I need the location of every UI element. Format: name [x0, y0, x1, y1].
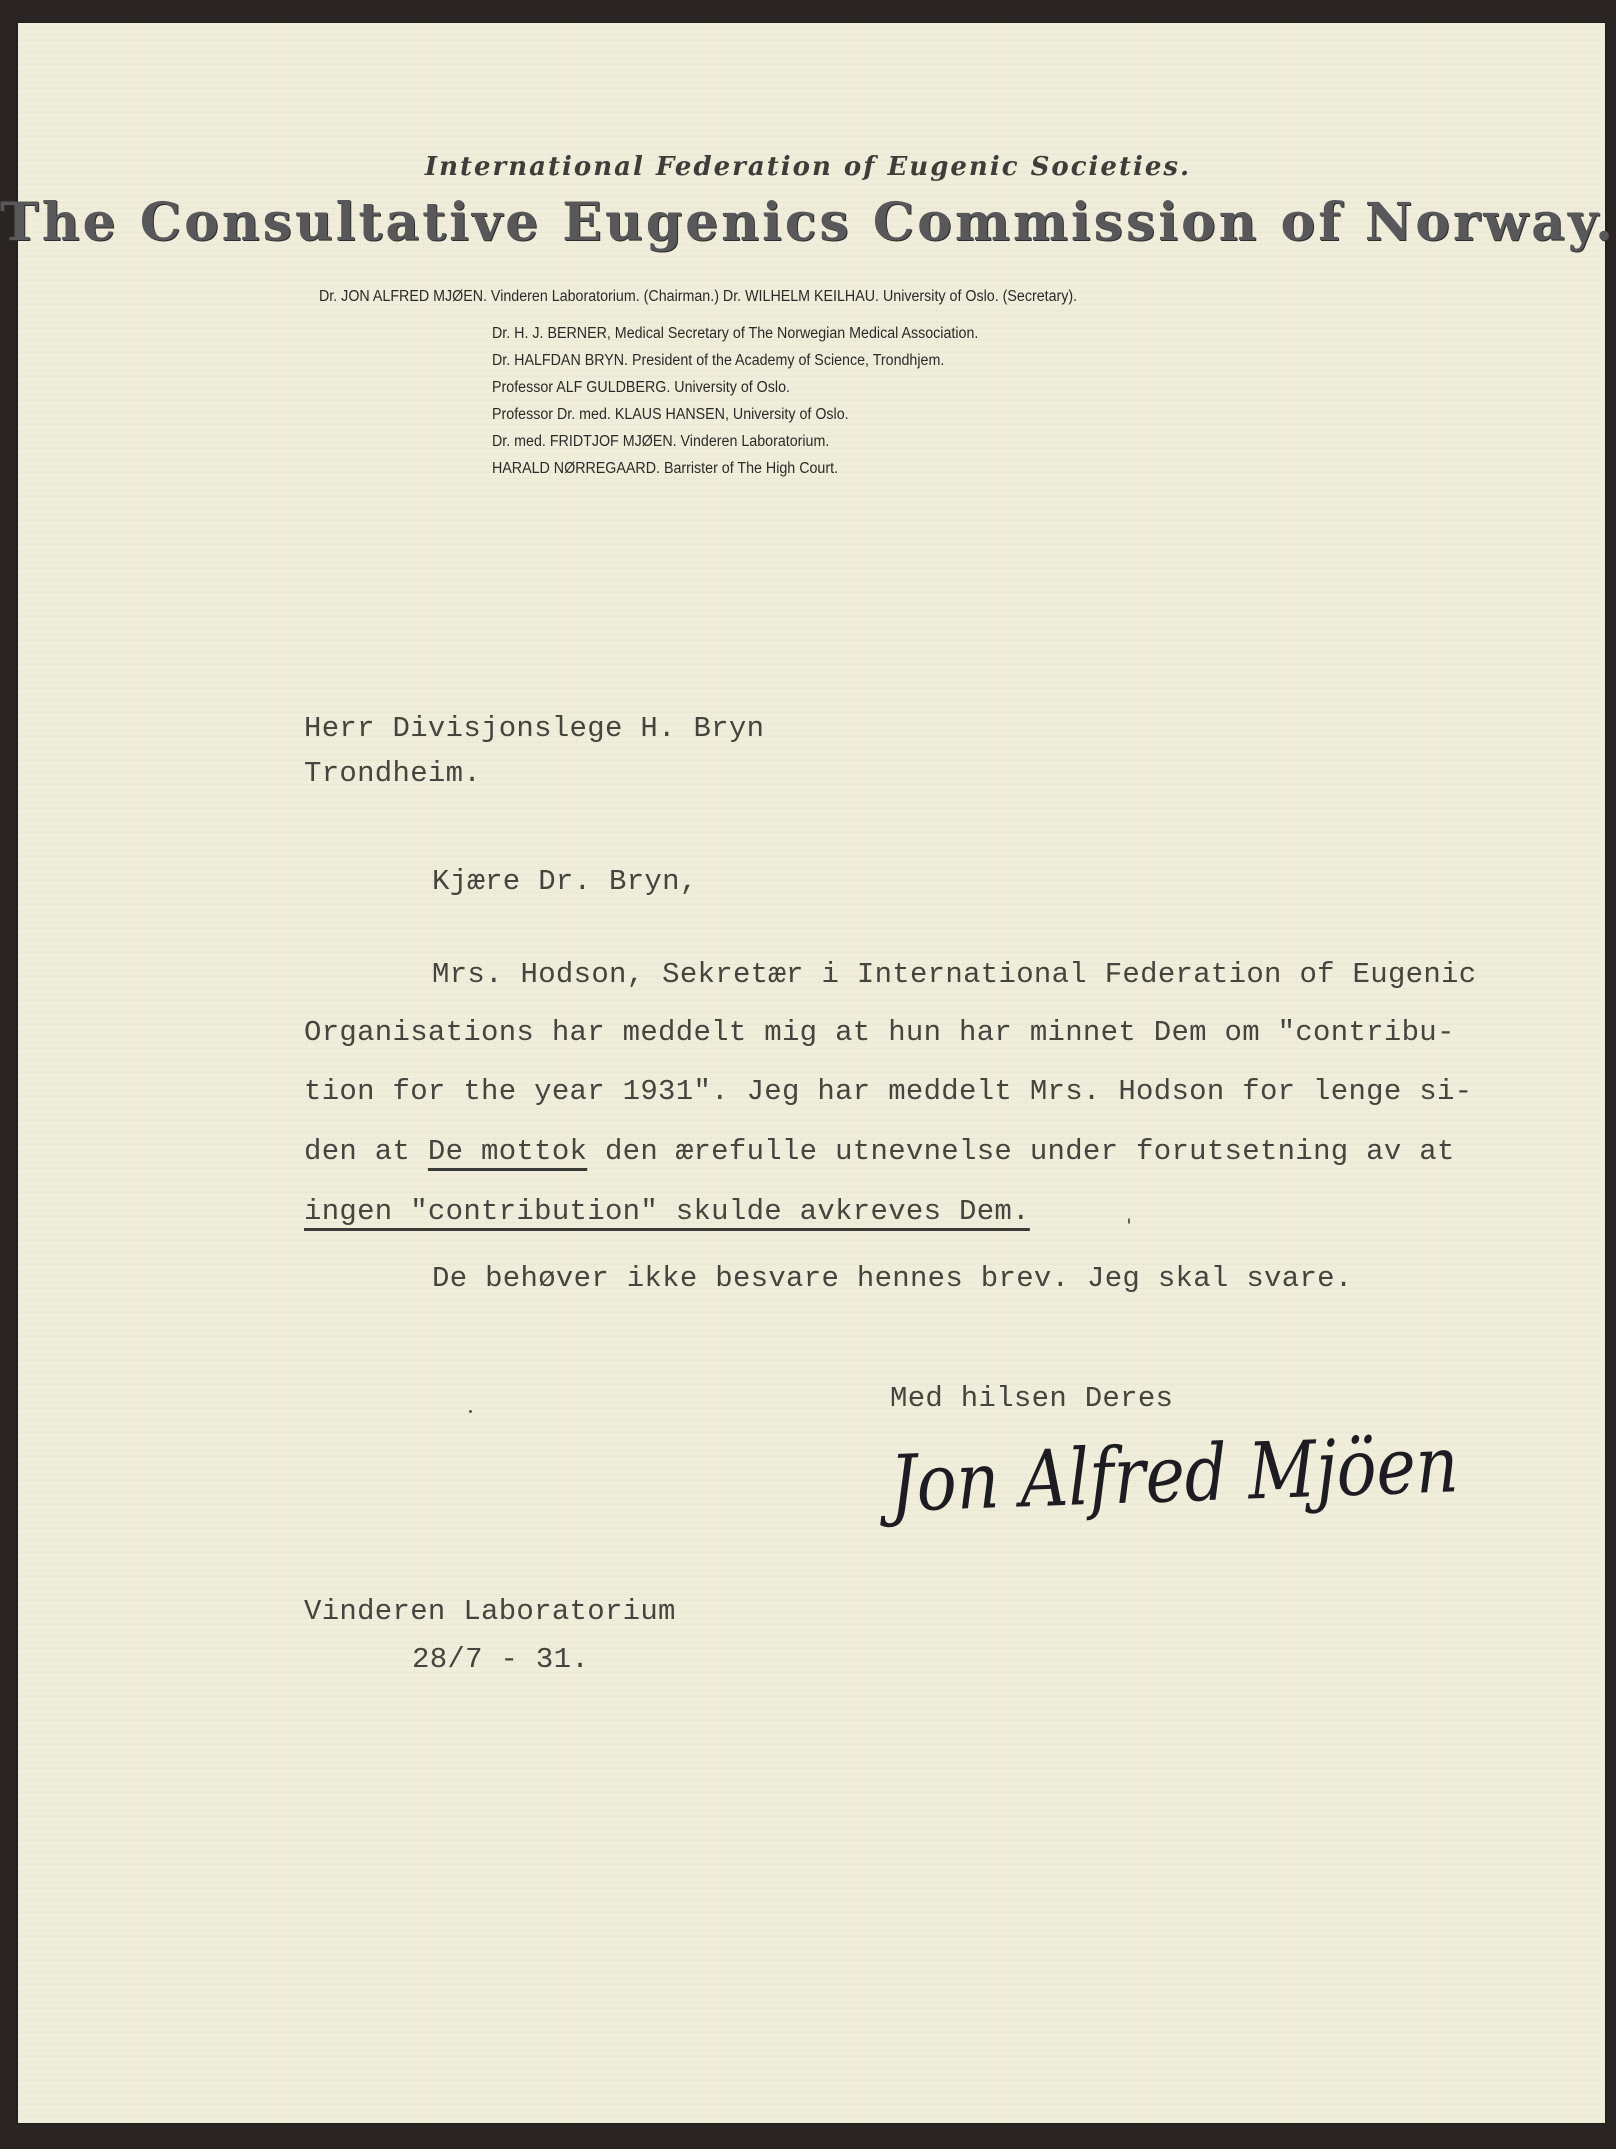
commission-title: The Consultative Eugenics Commission of …: [0, 192, 1616, 253]
member-line: HARALD NØRREGAARD. Barrister of The High…: [492, 460, 838, 478]
ink-mark: [1128, 1218, 1130, 1224]
body-line: tion for the year 1931". Jeg har meddelt…: [304, 1075, 1472, 1108]
underlined-text: De mottok: [428, 1135, 587, 1168]
ink-mark: [469, 1410, 472, 1413]
sender-place: Vinderen Laboratorium: [304, 1595, 676, 1628]
body-line: den at De mottok den ærefulle utnevnelse…: [304, 1135, 1455, 1168]
body-text: den at: [304, 1135, 428, 1168]
body-line: Mrs. Hodson, Sekretær i International Fe…: [432, 958, 1476, 991]
body-line: Organisations har meddelt mig at hun har…: [304, 1016, 1455, 1049]
body-line: De behøver ikke besvare hennes brev. Jeg…: [432, 1262, 1353, 1295]
underlined-body-line: ingen "contribution" skulde avkreves Dem…: [304, 1195, 1030, 1228]
letter-date: 28/7 - 31.: [412, 1643, 589, 1676]
body-text: den ærefulle utnevnelse under forutsetni…: [587, 1135, 1454, 1168]
member-line: Dr. med. FRIDTJOF MJØEN. Vinderen Labora…: [492, 433, 829, 451]
recipient-city: Trondheim.: [304, 757, 481, 790]
member-line: Dr. H. J. BERNER, Medical Secretary of T…: [492, 325, 978, 343]
member-line: Professor ALF GULDBERG. University of Os…: [492, 379, 790, 397]
federation-heading: International Federation of Eugenic Soci…: [0, 152, 1616, 182]
officers-line: Dr. JON ALFRED MJØEN. Vinderen Laborator…: [319, 288, 1077, 306]
recipient-name: Herr Divisjonslege H. Bryn: [304, 712, 764, 745]
closing: Med hilsen Deres: [890, 1382, 1173, 1415]
member-line: Dr. HALFDAN BRYN. President of the Acade…: [492, 352, 944, 370]
salutation: Kjære Dr. Bryn,: [432, 865, 698, 898]
member-line: Professor Dr. med. KLAUS HANSEN, Univers…: [492, 406, 849, 424]
